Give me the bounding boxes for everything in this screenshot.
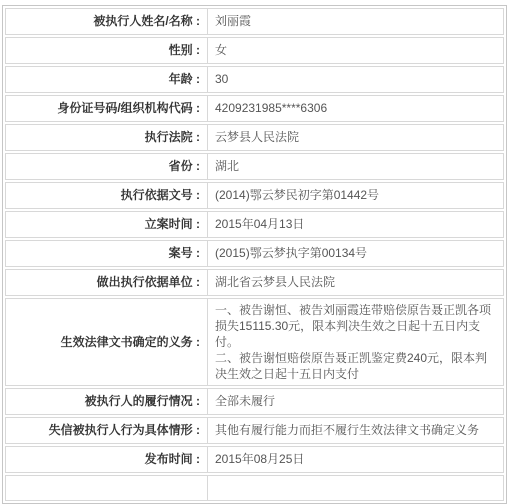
row-label: 身份证号码/组织机构代码 : — [6, 96, 208, 121]
debtor-info-table: 被执行人姓名/名称 : 刘丽霞 性别 : 女 年龄 : 30 身份证号码/组织机… — [2, 5, 507, 487]
row-label: 被执行人的履行情况 : — [6, 389, 208, 414]
row-label: 做出执行依据单位 : — [6, 270, 208, 295]
row-value: 刘丽霞 — [208, 9, 503, 34]
row-value: 湖北省云梦县人民法院 — [208, 270, 503, 295]
table-row: 执行法院 : 云梦县人民法院 — [5, 124, 504, 151]
table-row: 被执行人姓名/名称 : 刘丽霞 — [5, 8, 504, 35]
table-row-cutoff — [5, 475, 504, 487]
row-label: 被执行人姓名/名称 : — [6, 9, 208, 34]
row-label: 生效法律文书确定的义务 : — [6, 299, 208, 385]
table-row: 执行依据文号 : (2014)鄂云梦民初字第01442号 — [5, 182, 504, 209]
row-value: 其他有履行能力而拒不履行生效法律文书确定义务 — [208, 418, 503, 443]
table-row: 性别 : 女 — [5, 37, 504, 64]
table-row: 被执行人的履行情况 : 全部未履行 — [5, 388, 504, 415]
row-value: 一、被告谢恒、被告刘丽霞连带赔偿原告聂正凯各项损失15115.30元，限本判决生… — [208, 299, 503, 385]
table-row: 案号 : (2015)鄂云梦执字第00134号 — [5, 240, 504, 267]
row-value — [208, 476, 503, 487]
table-row: 失信被执行人行为具体情形 : 其他有履行能力而拒不履行生效法律文书确定义务 — [5, 417, 504, 444]
row-value: (2014)鄂云梦民初字第01442号 — [208, 183, 503, 208]
table-row: 年龄 : 30 — [5, 66, 504, 93]
table-row: 立案时间 : 2015年04月13日 — [5, 211, 504, 238]
obligation-line-2: 二、被告谢恒赔偿原告聂正凯鉴定费240元，限本判决生效之日起十五日内支付 — [215, 350, 499, 382]
row-label: 失信被执行人行为具体情形 : — [6, 418, 208, 443]
row-value: 湖北 — [208, 154, 503, 179]
row-value: 2015年08月25日 — [208, 447, 503, 472]
table-row-obligations: 生效法律文书确定的义务 : 一、被告谢恒、被告刘丽霞连带赔偿原告聂正凯各项损失1… — [5, 298, 504, 386]
table-row: 省份 : 湖北 — [5, 153, 504, 180]
row-value: 2015年04月13日 — [208, 212, 503, 237]
row-label: 省份 : — [6, 154, 208, 179]
row-label: 立案时间 : — [6, 212, 208, 237]
row-label: 执行依据文号 : — [6, 183, 208, 208]
row-value: 云梦县人民法院 — [208, 125, 503, 150]
row-value: 4209231985****6306 — [208, 96, 503, 121]
table-row: 做出执行依据单位 : 湖北省云梦县人民法院 — [5, 269, 504, 296]
row-value: 全部未履行 — [208, 389, 503, 414]
row-value: 女 — [208, 38, 503, 63]
row-label: 案号 : — [6, 241, 208, 266]
row-label — [6, 476, 208, 487]
row-value: 30 — [208, 67, 503, 92]
row-label: 年龄 : — [6, 67, 208, 92]
row-label: 执行法院 : — [6, 125, 208, 150]
obligation-line-1: 一、被告谢恒、被告刘丽霞连带赔偿原告聂正凯各项损失15115.30元，限本判决生… — [215, 302, 499, 350]
row-value: (2015)鄂云梦执字第00134号 — [208, 241, 503, 266]
table-row: 发布时间 : 2015年08月25日 — [5, 446, 504, 473]
table-row: 身份证号码/组织机构代码 : 4209231985****6306 — [5, 95, 504, 122]
row-label: 发布时间 : — [6, 447, 208, 472]
row-label: 性别 : — [6, 38, 208, 63]
